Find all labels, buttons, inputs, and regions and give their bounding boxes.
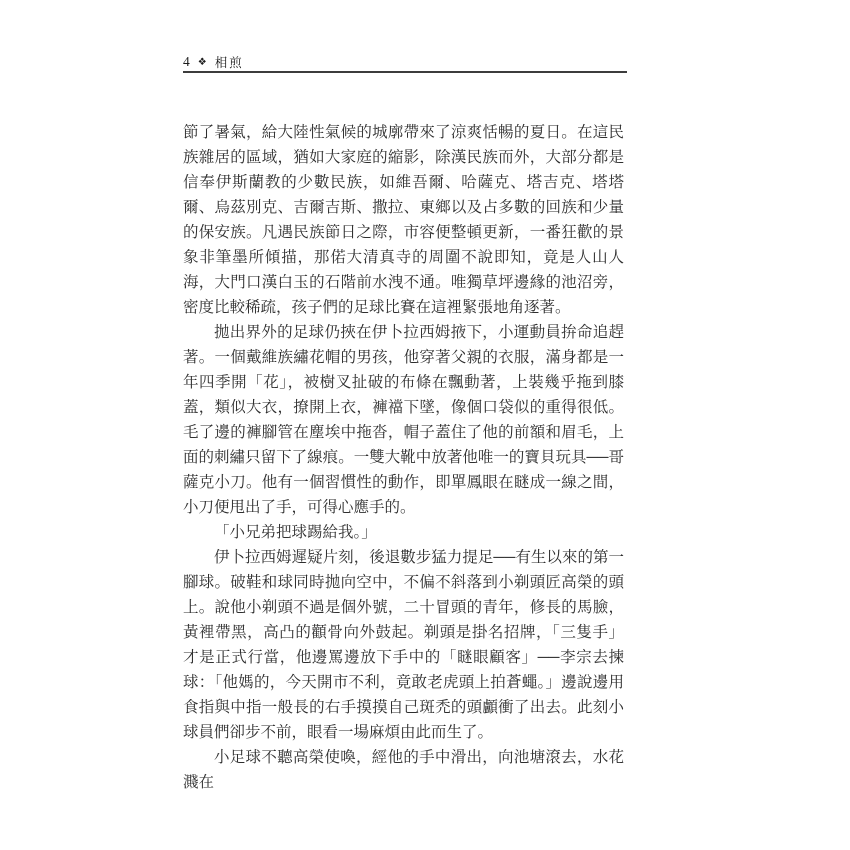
page-number: 4	[183, 54, 191, 70]
running-header: 4 ❖ 相煎	[183, 53, 625, 71]
body-paragraph: 拋出界外的足球仍挾在伊卜拉西姆掖下，小運動員拚命追趕著。一個戴維族繡花帽的男孩，…	[183, 320, 624, 520]
body-paragraph: 伊卜拉西姆遲疑片刻，後退數步猛力提足──有生以來的第一腳球。破鞋和球同時拋向空中…	[183, 545, 624, 745]
body-paragraph: 節了暑氣，給大陸性氣候的城廓帶來了涼爽恬暢的夏日。在這民族雜居的區域，猶如大家庭…	[183, 120, 624, 320]
header-rule	[183, 71, 627, 73]
chapter-title: 相煎	[215, 53, 244, 71]
body-text: 節了暑氣，給大陸性氣候的城廓帶來了涼爽恬暢的夏日。在這民族雜居的區域，猶如大家庭…	[183, 120, 624, 795]
body-paragraph: 「小兄弟把球踢給我。」	[183, 520, 624, 545]
body-paragraph: 小足球不聽高榮使喚，經他的手中滑出，向池塘滾去，水花濺在	[183, 745, 624, 795]
diamond-ornament-icon: ❖	[198, 58, 208, 68]
book-page: 4 ❖ 相煎 節了暑氣，給大陸性氣候的城廓帶來了涼爽恬暢的夏日。在這民族雜居的區…	[183, 0, 625, 850]
